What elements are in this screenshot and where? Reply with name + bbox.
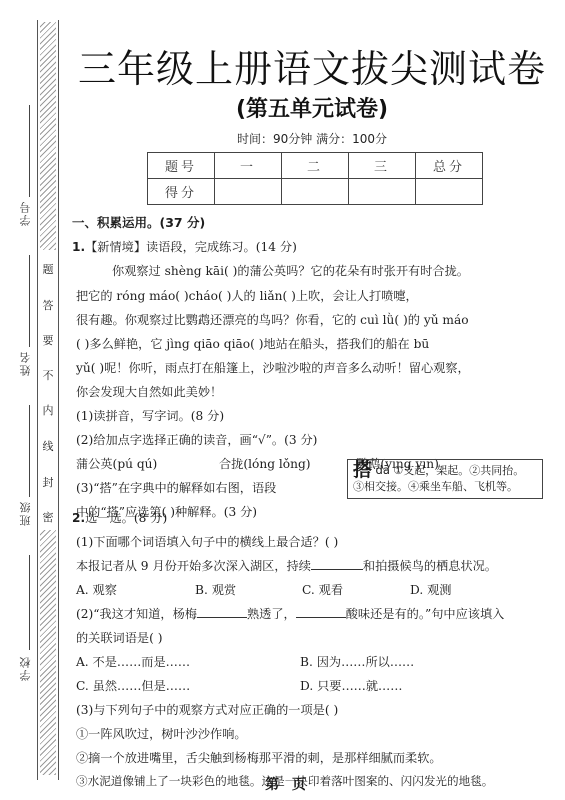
class-field[interactable] bbox=[29, 405, 30, 497]
option-d[interactable]: D. 只要……就…… bbox=[300, 677, 402, 694]
sentence-part: 酸味还是有的。”句中应该填入 bbox=[346, 607, 505, 621]
seal-char: 题 bbox=[40, 264, 56, 276]
question-1-title: 1.【新情境】读语段，完成练习。(14 分) bbox=[72, 238, 297, 255]
score-input-cell[interactable] bbox=[349, 179, 416, 205]
sub-question-1: (1)读拼音，写字词。(8 分) bbox=[76, 407, 224, 424]
seal-char: 不 bbox=[40, 370, 56, 382]
passage-line: ( )多么鲜艳，它 jìng qiāo qiāo( )地站在船头，搭我们的船在 … bbox=[76, 335, 429, 352]
score-cell: 总分 bbox=[416, 153, 483, 179]
passage-line: yǔ( )呢！你听，雨点打在船篷上，沙啦沙啦的声音多么动听！留心观察， bbox=[76, 359, 470, 376]
margin-line-right bbox=[58, 20, 59, 780]
option-c[interactable]: C. 虽然……但是…… bbox=[76, 677, 190, 694]
dictionary-meaning: ①支起，架起。②共同抬。 bbox=[393, 464, 524, 477]
exam-subtitle: (第五单元试卷) bbox=[72, 92, 552, 123]
score-table: 题号 一 二 三 总分 得分 bbox=[147, 152, 483, 205]
score-cell: 二 bbox=[282, 153, 349, 179]
seal-char: 答 bbox=[40, 300, 56, 312]
score-cell: 得分 bbox=[148, 179, 215, 205]
question-number: 1. bbox=[72, 240, 85, 254]
sentence-part: 本报记者从 9 月份开始多次深入湖区，持续 bbox=[76, 559, 311, 573]
score-cell: 一 bbox=[215, 153, 282, 179]
dictionary-char: 搭 bbox=[353, 459, 372, 481]
dictionary-entry-box: 搭 dā ①支起，架起。②共同抬。 ③相交接。④乘坐车船、飞机等。 bbox=[347, 459, 543, 499]
pronunciation-option[interactable]: 蒲公英(pú qú) bbox=[76, 455, 157, 472]
option-b[interactable]: B. 因为……所以…… bbox=[300, 653, 414, 670]
dictionary-line-2: ③相交接。④乘坐车船、飞机等。 bbox=[353, 479, 537, 495]
option-a[interactable]: A. 观察 bbox=[76, 581, 117, 598]
seal-char: 密 bbox=[40, 512, 56, 524]
dictionary-pinyin: dā bbox=[376, 463, 390, 477]
hatch-pattern-bottom bbox=[40, 530, 56, 775]
sentence-part: 熟透了， bbox=[247, 607, 296, 621]
section-heading: 一、积累运用。(37 分) bbox=[72, 213, 205, 231]
seal-char: 线 bbox=[40, 441, 56, 453]
seal-char: 要 bbox=[40, 335, 56, 347]
fill-blank[interactable] bbox=[197, 606, 247, 618]
question-2-heading: 2.选一选。(8 分) bbox=[72, 509, 167, 526]
score-input-cell[interactable] bbox=[416, 179, 483, 205]
student-id-label: 学号 bbox=[18, 200, 38, 226]
sentence-part: 和拍摄候鸟的栖息状况。 bbox=[363, 559, 497, 573]
sub-question-3: (3)“搭”在字典中的解释如右图，语段 bbox=[76, 479, 276, 496]
passage-line: 很有趣。你观察过比鹦鹉还漂亮的鸟吗？你看，它的 cuì lǜ( )的 yǔ má… bbox=[76, 311, 469, 328]
q2-sub1-sentence: 本报记者从 9 月份开始多次深入湖区，持续和拍摄候鸟的栖息状况。 bbox=[76, 557, 497, 574]
observation-sentence: ②摘一个放进嘴里，舌尖触到杨梅那平滑的刺，是那样细腻而柔软。 bbox=[76, 749, 442, 766]
option-c[interactable]: C. 观看 bbox=[302, 581, 343, 598]
hatch-pattern-top bbox=[40, 22, 56, 250]
passage-line: 你会发现大自然如此美妙！ bbox=[76, 383, 222, 400]
question-title: 【新情境】读语段，完成练习。(14 分) bbox=[85, 240, 297, 254]
student-id-field[interactable] bbox=[29, 105, 30, 197]
q2-sub1-question: (1)下面哪个词语填入句子中的横线上最合适？( ) bbox=[76, 533, 338, 550]
sub-question-2: (2)给加点字选择正确的读音，画“√”。(3 分) bbox=[76, 431, 317, 448]
score-cell: 题号 bbox=[148, 153, 215, 179]
school-field[interactable] bbox=[29, 555, 30, 650]
option-b[interactable]: B. 观赏 bbox=[195, 581, 236, 598]
score-input-cell[interactable] bbox=[282, 179, 349, 205]
name-field[interactable] bbox=[29, 255, 30, 347]
fill-blank[interactable] bbox=[296, 606, 346, 618]
pronunciation-option[interactable]: 合拢(lóng lǒng) bbox=[219, 455, 311, 472]
q2-sub2-question-cont: 的关联词语是( ) bbox=[76, 629, 163, 646]
option-d[interactable]: D. 观测 bbox=[410, 581, 451, 598]
exam-title: 三年级上册语文拔尖测试卷 bbox=[72, 38, 552, 93]
q2-sub2-question: (2)“我这才知道，杨梅熟透了，酸味还是有的。”句中应该填入 bbox=[76, 605, 504, 622]
passage-line: 你观察过 shèng kāi( )的蒲公英吗？它的花朵有时张开有时合拢。 bbox=[112, 262, 469, 279]
fill-blank[interactable] bbox=[311, 558, 363, 570]
score-cell: 三 bbox=[349, 153, 416, 179]
observation-sentence: ①一阵风吹过，树叶沙沙作响。 bbox=[76, 725, 247, 742]
exam-meta: 时间：90分钟 满分：100分 bbox=[72, 130, 552, 147]
class-label: 班级 bbox=[18, 500, 38, 526]
score-input-cell[interactable] bbox=[215, 179, 282, 205]
passage-line: 把它的 róng máo( )cháo( )人的 liǎn( )上吹，会让人打喷… bbox=[76, 287, 418, 304]
score-table-header-row: 题号 一 二 三 总分 bbox=[148, 153, 483, 179]
seal-char: 封 bbox=[40, 477, 56, 489]
dictionary-line-1: 搭 dā ①支起，架起。②共同抬。 bbox=[353, 462, 537, 479]
score-table-score-row: 得分 bbox=[148, 179, 483, 205]
question-number: 2. bbox=[72, 511, 85, 525]
sentence-part: (2)“我这才知道，杨梅 bbox=[76, 607, 197, 621]
option-a[interactable]: A. 不是……而是…… bbox=[76, 653, 190, 670]
page-number-label: 第 页 bbox=[0, 774, 565, 794]
seal-char: 内 bbox=[40, 405, 56, 417]
name-label: 姓名 bbox=[18, 350, 38, 376]
q2-sub3-question: (3)与下列句子中的观察方式对应正确的一项是( ) bbox=[76, 701, 338, 718]
question-title: 选一选。(8 分) bbox=[85, 511, 167, 525]
school-label: 学校 bbox=[18, 655, 38, 681]
